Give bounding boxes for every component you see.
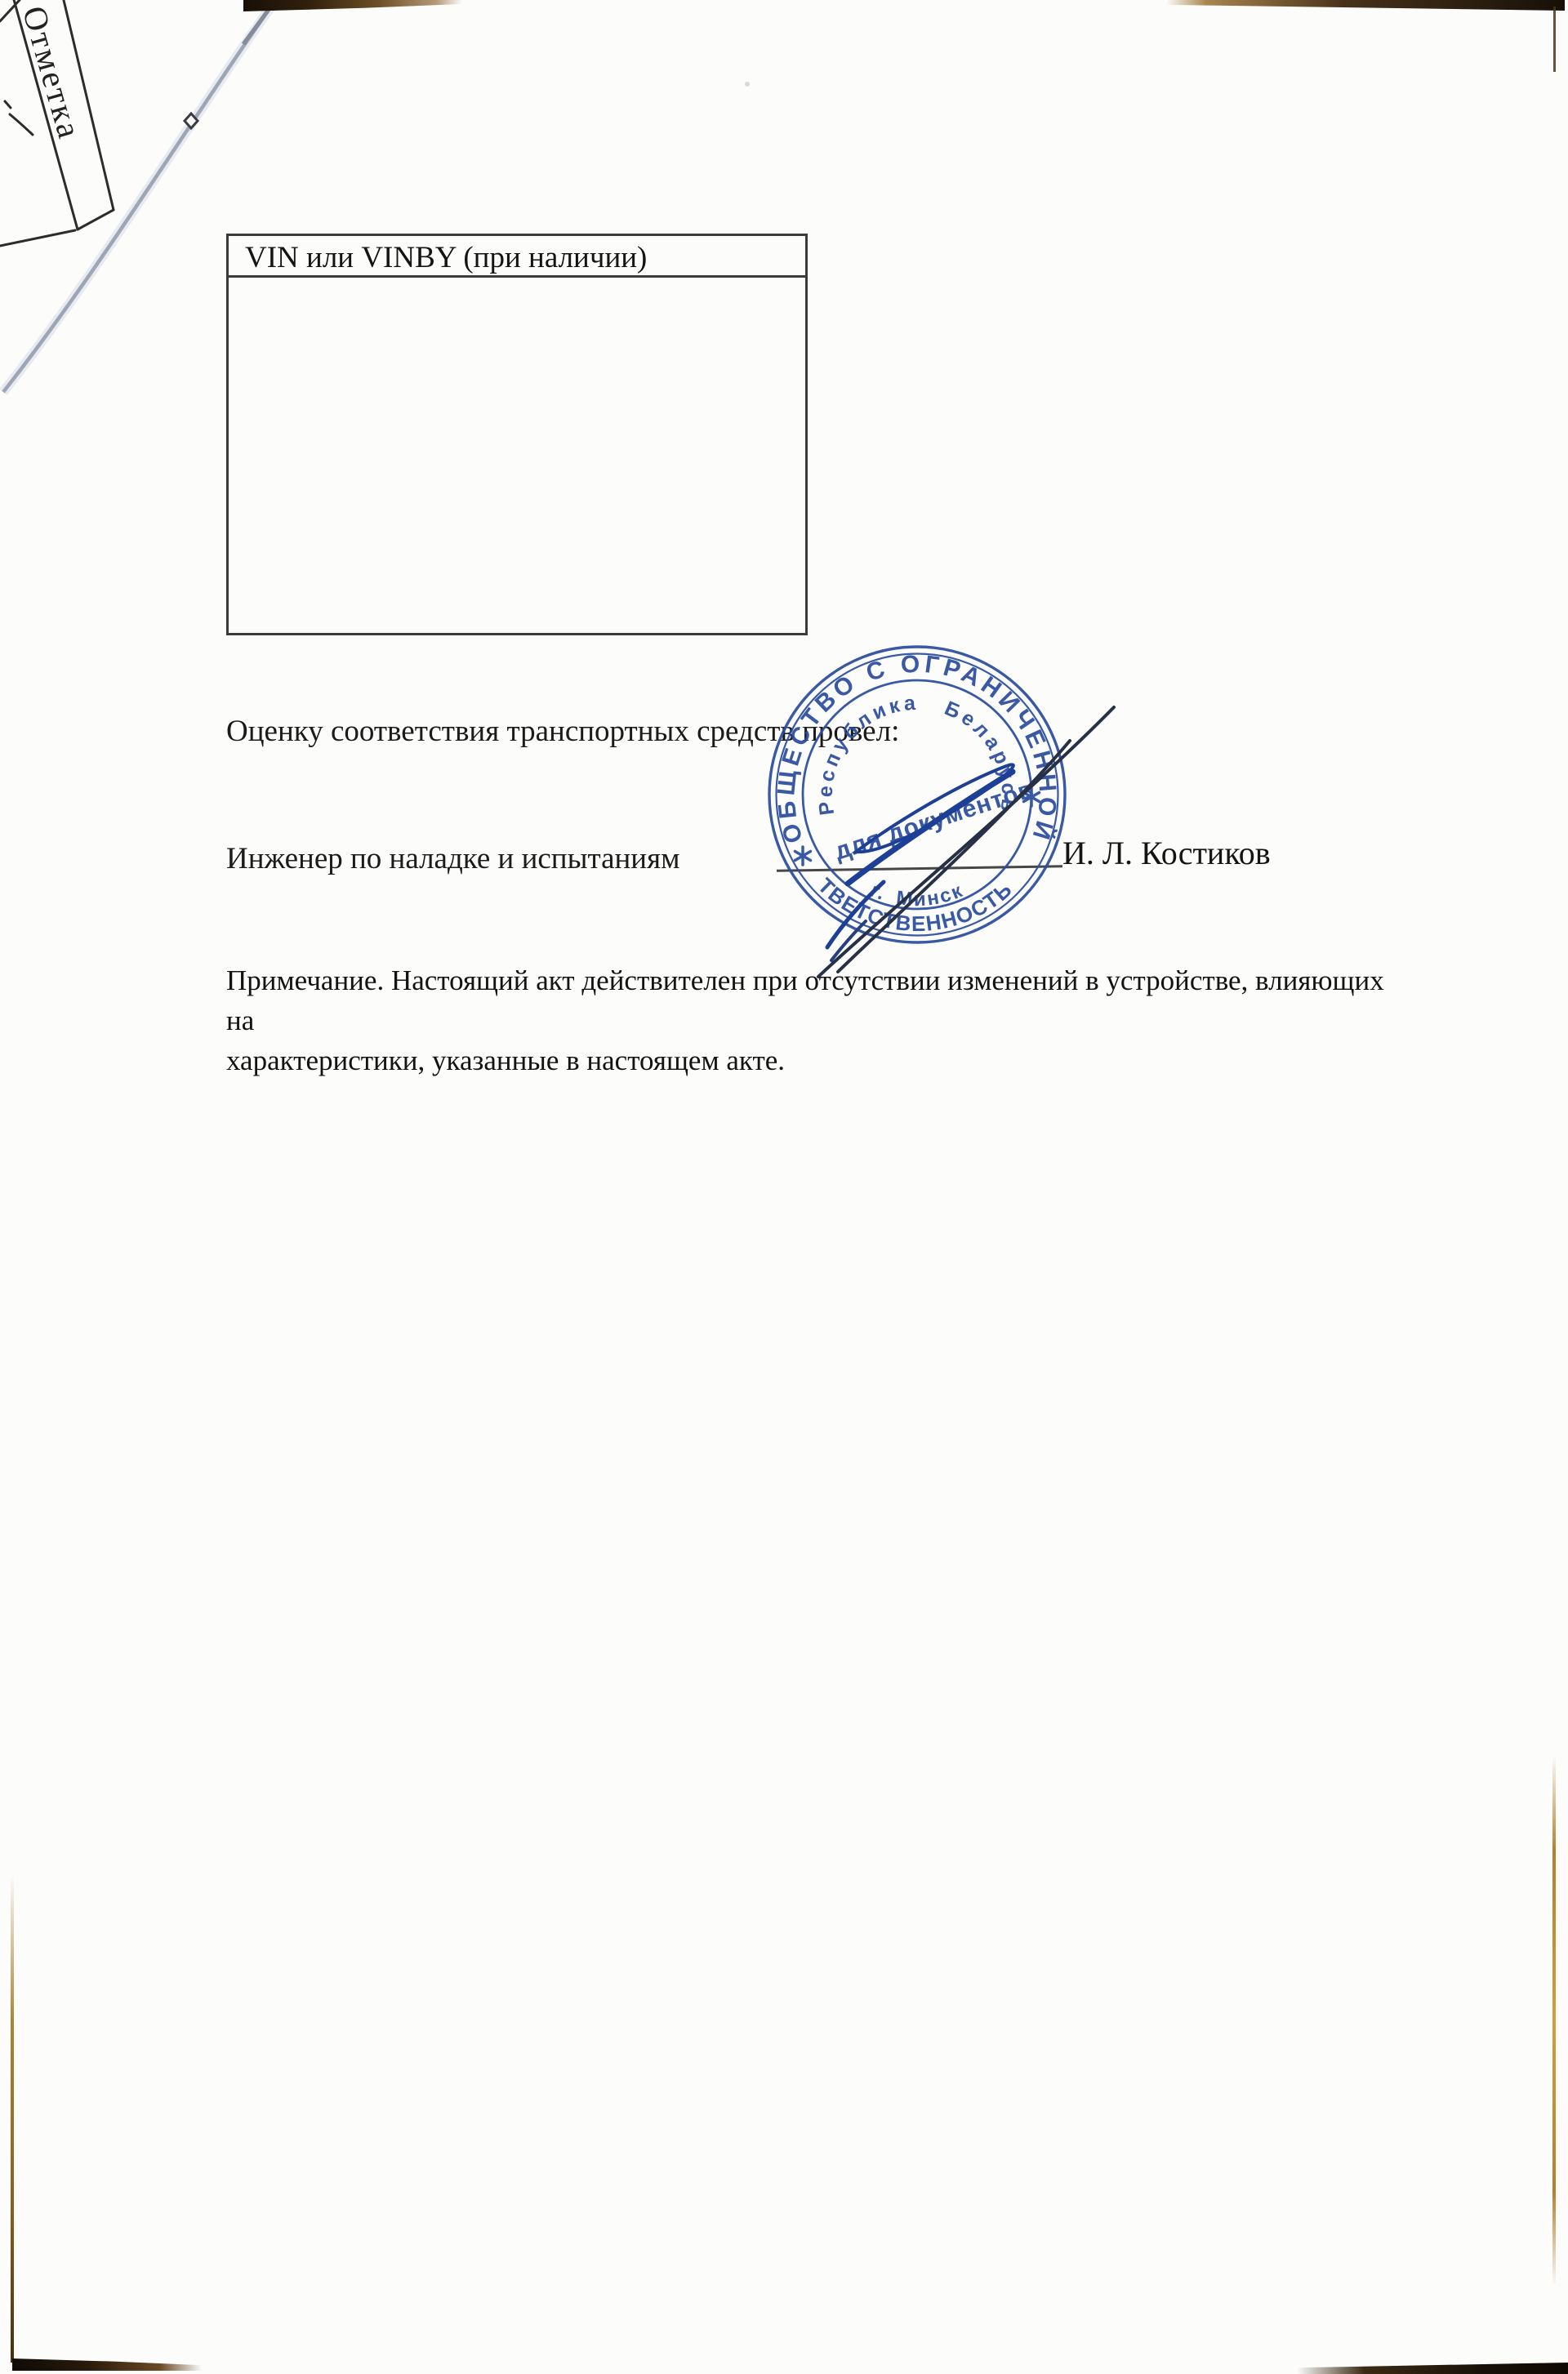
torn-edge-top-right (1166, 0, 1565, 11)
signature-line (777, 865, 1062, 871)
scan-speck (745, 82, 750, 87)
seal-inner-bottom-text: г. Минск (867, 879, 968, 911)
torn-edge-bottom-right (1297, 2363, 1568, 2374)
note-line-1: Примечание. Настоящий акт действителен п… (226, 964, 1384, 1036)
seal-second-circle (777, 654, 1058, 936)
scanned-document-page: Отметка VIN или VINBY (при наличии) Оцен… (0, 0, 1568, 2374)
seal-outer-circle (769, 647, 1065, 942)
pen-tick-mark (10, 114, 33, 135)
edge-line-right-top (1553, 7, 1556, 72)
torn-edge-bottom-left (12, 2358, 202, 2371)
signatory-role: Инженер по наладке и испытаниям (226, 841, 680, 876)
seal-center-text: для документов (831, 776, 1037, 866)
signatory-name: И. Л. Костиков (1062, 834, 1271, 872)
note-line-2: характеристики, указанные в настоящем ак… (226, 1044, 785, 1076)
crease-diamond-mark (185, 114, 198, 128)
corner-rotated-label: Отметка (15, 2, 90, 145)
seal-star-left (795, 847, 811, 865)
seal-inner-top-text: Республика Беларусь (814, 691, 1021, 817)
edge-line-right-bottom (1552, 1756, 1556, 2287)
torn-edge-top-left (243, 0, 462, 11)
vin-table-header: VIN или VINBY (при наличии) (229, 236, 805, 278)
vin-table-value-cell (229, 278, 805, 633)
edge-line-bottom-left (11, 1874, 14, 2363)
pen-dot-mark (5, 101, 11, 108)
vin-table: VIN или VINBY (при наличии) (226, 234, 808, 635)
seal-star-right (1024, 788, 1040, 806)
corner-cell-end-border (78, 210, 114, 229)
corner-cell-extension-line (0, 230, 75, 246)
note-paragraph: Примечание. Настоящий акт действителен п… (226, 960, 1386, 1080)
assessment-heading: Оценку соответствия транспортных средств… (226, 714, 899, 749)
